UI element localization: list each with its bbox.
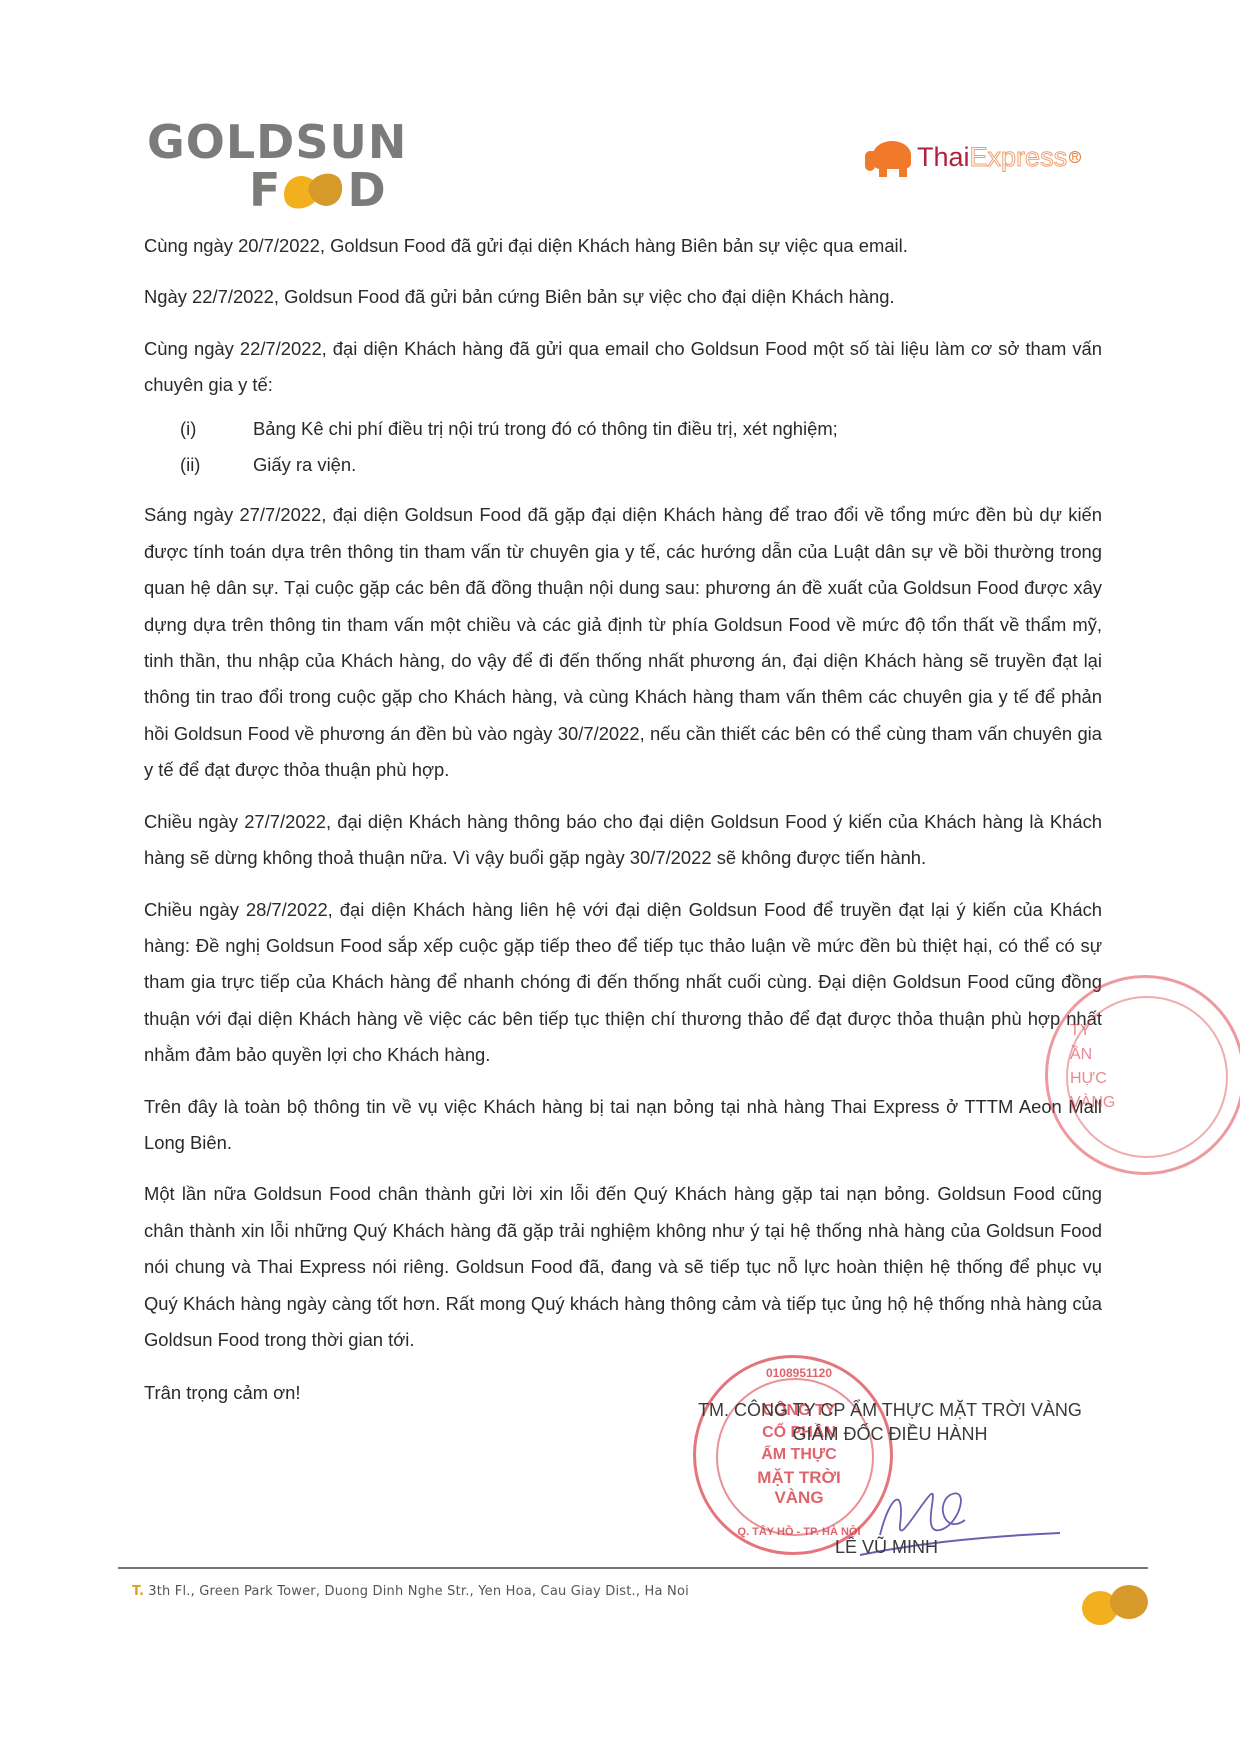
- sun-icon: [1082, 1585, 1150, 1625]
- logo-goldsun-text: GOLDSUN: [147, 118, 387, 166]
- goldsun-food-logo: GOLDSUN F D: [147, 118, 387, 214]
- paragraph: Chiều ngày 28/7/2022, đại diện Khách hàn…: [144, 892, 1102, 1074]
- paragraph: Trên đây là toàn bộ thông tin về vụ việc…: [144, 1089, 1102, 1162]
- paragraph: Ngày 22/7/2022, Goldsun Food đã gửi bản …: [144, 279, 1102, 315]
- paragraph: Cùng ngày 22/7/2022, đại diện Khách hàng…: [144, 331, 1102, 404]
- footer-address: T.3th Fl., Green Park Tower, Duong Dinh …: [132, 1584, 689, 1599]
- paragraph: Cùng ngày 20/7/2022, Goldsun Food đã gửi…: [144, 228, 1102, 264]
- paragraph: Sáng ngày 27/7/2022, đại diện Goldsun Fo…: [144, 497, 1102, 788]
- signer-name: LÊ VŨ MINH: [835, 1537, 938, 1558]
- logo-express-text: Express: [970, 142, 1068, 173]
- paragraph: Chiều ngày 27/7/2022, đại diện Khách hàn…: [144, 804, 1102, 877]
- letter-body: Cùng ngày 20/7/2022, Goldsun Food đã gửi…: [144, 228, 1102, 1373]
- list-item: (ii) Giấy ra viện.: [144, 447, 1102, 483]
- footer-divider: [118, 1567, 1148, 1569]
- signer-company: TM. CÔNG TY CP ẨM THỰC MẶT TRỜI VÀNG: [660, 1398, 1120, 1422]
- list-number: (ii): [144, 447, 253, 483]
- list-number: (i): [144, 411, 253, 447]
- signature-title: TM. CÔNG TY CP ẨM THỰC MẶT TRỜI VÀNG GIÁ…: [660, 1398, 1120, 1446]
- list-text: Giấy ra viện.: [253, 447, 356, 483]
- closing-text: Trân trọng cảm ơn!: [144, 1382, 301, 1404]
- logo-food-text: F D: [147, 166, 387, 214]
- side-stamp: TY ẦN HỰC VÀNG: [1045, 975, 1240, 1175]
- list-item: (i) Bảng Kê chi phí điều trị nội trú tro…: [144, 411, 1102, 447]
- list-text: Bảng Kê chi phí điều trị nội trú trong đ…: [253, 411, 838, 447]
- registered-icon: R: [1069, 151, 1081, 163]
- elephant-icon: [865, 137, 913, 177]
- paragraph: Một lần nữa Goldsun Food chân thành gửi …: [144, 1176, 1102, 1358]
- logo-thai-text: Thai: [917, 142, 970, 173]
- document-list: (i) Bảng Kê chi phí điều trị nội trú tro…: [144, 411, 1102, 484]
- sun-icon: [283, 172, 345, 208]
- signer-position: GIÁM ĐỐC ĐIỀU HÀNH: [660, 1422, 1120, 1446]
- thai-express-logo: Thai Express R: [865, 137, 1081, 177]
